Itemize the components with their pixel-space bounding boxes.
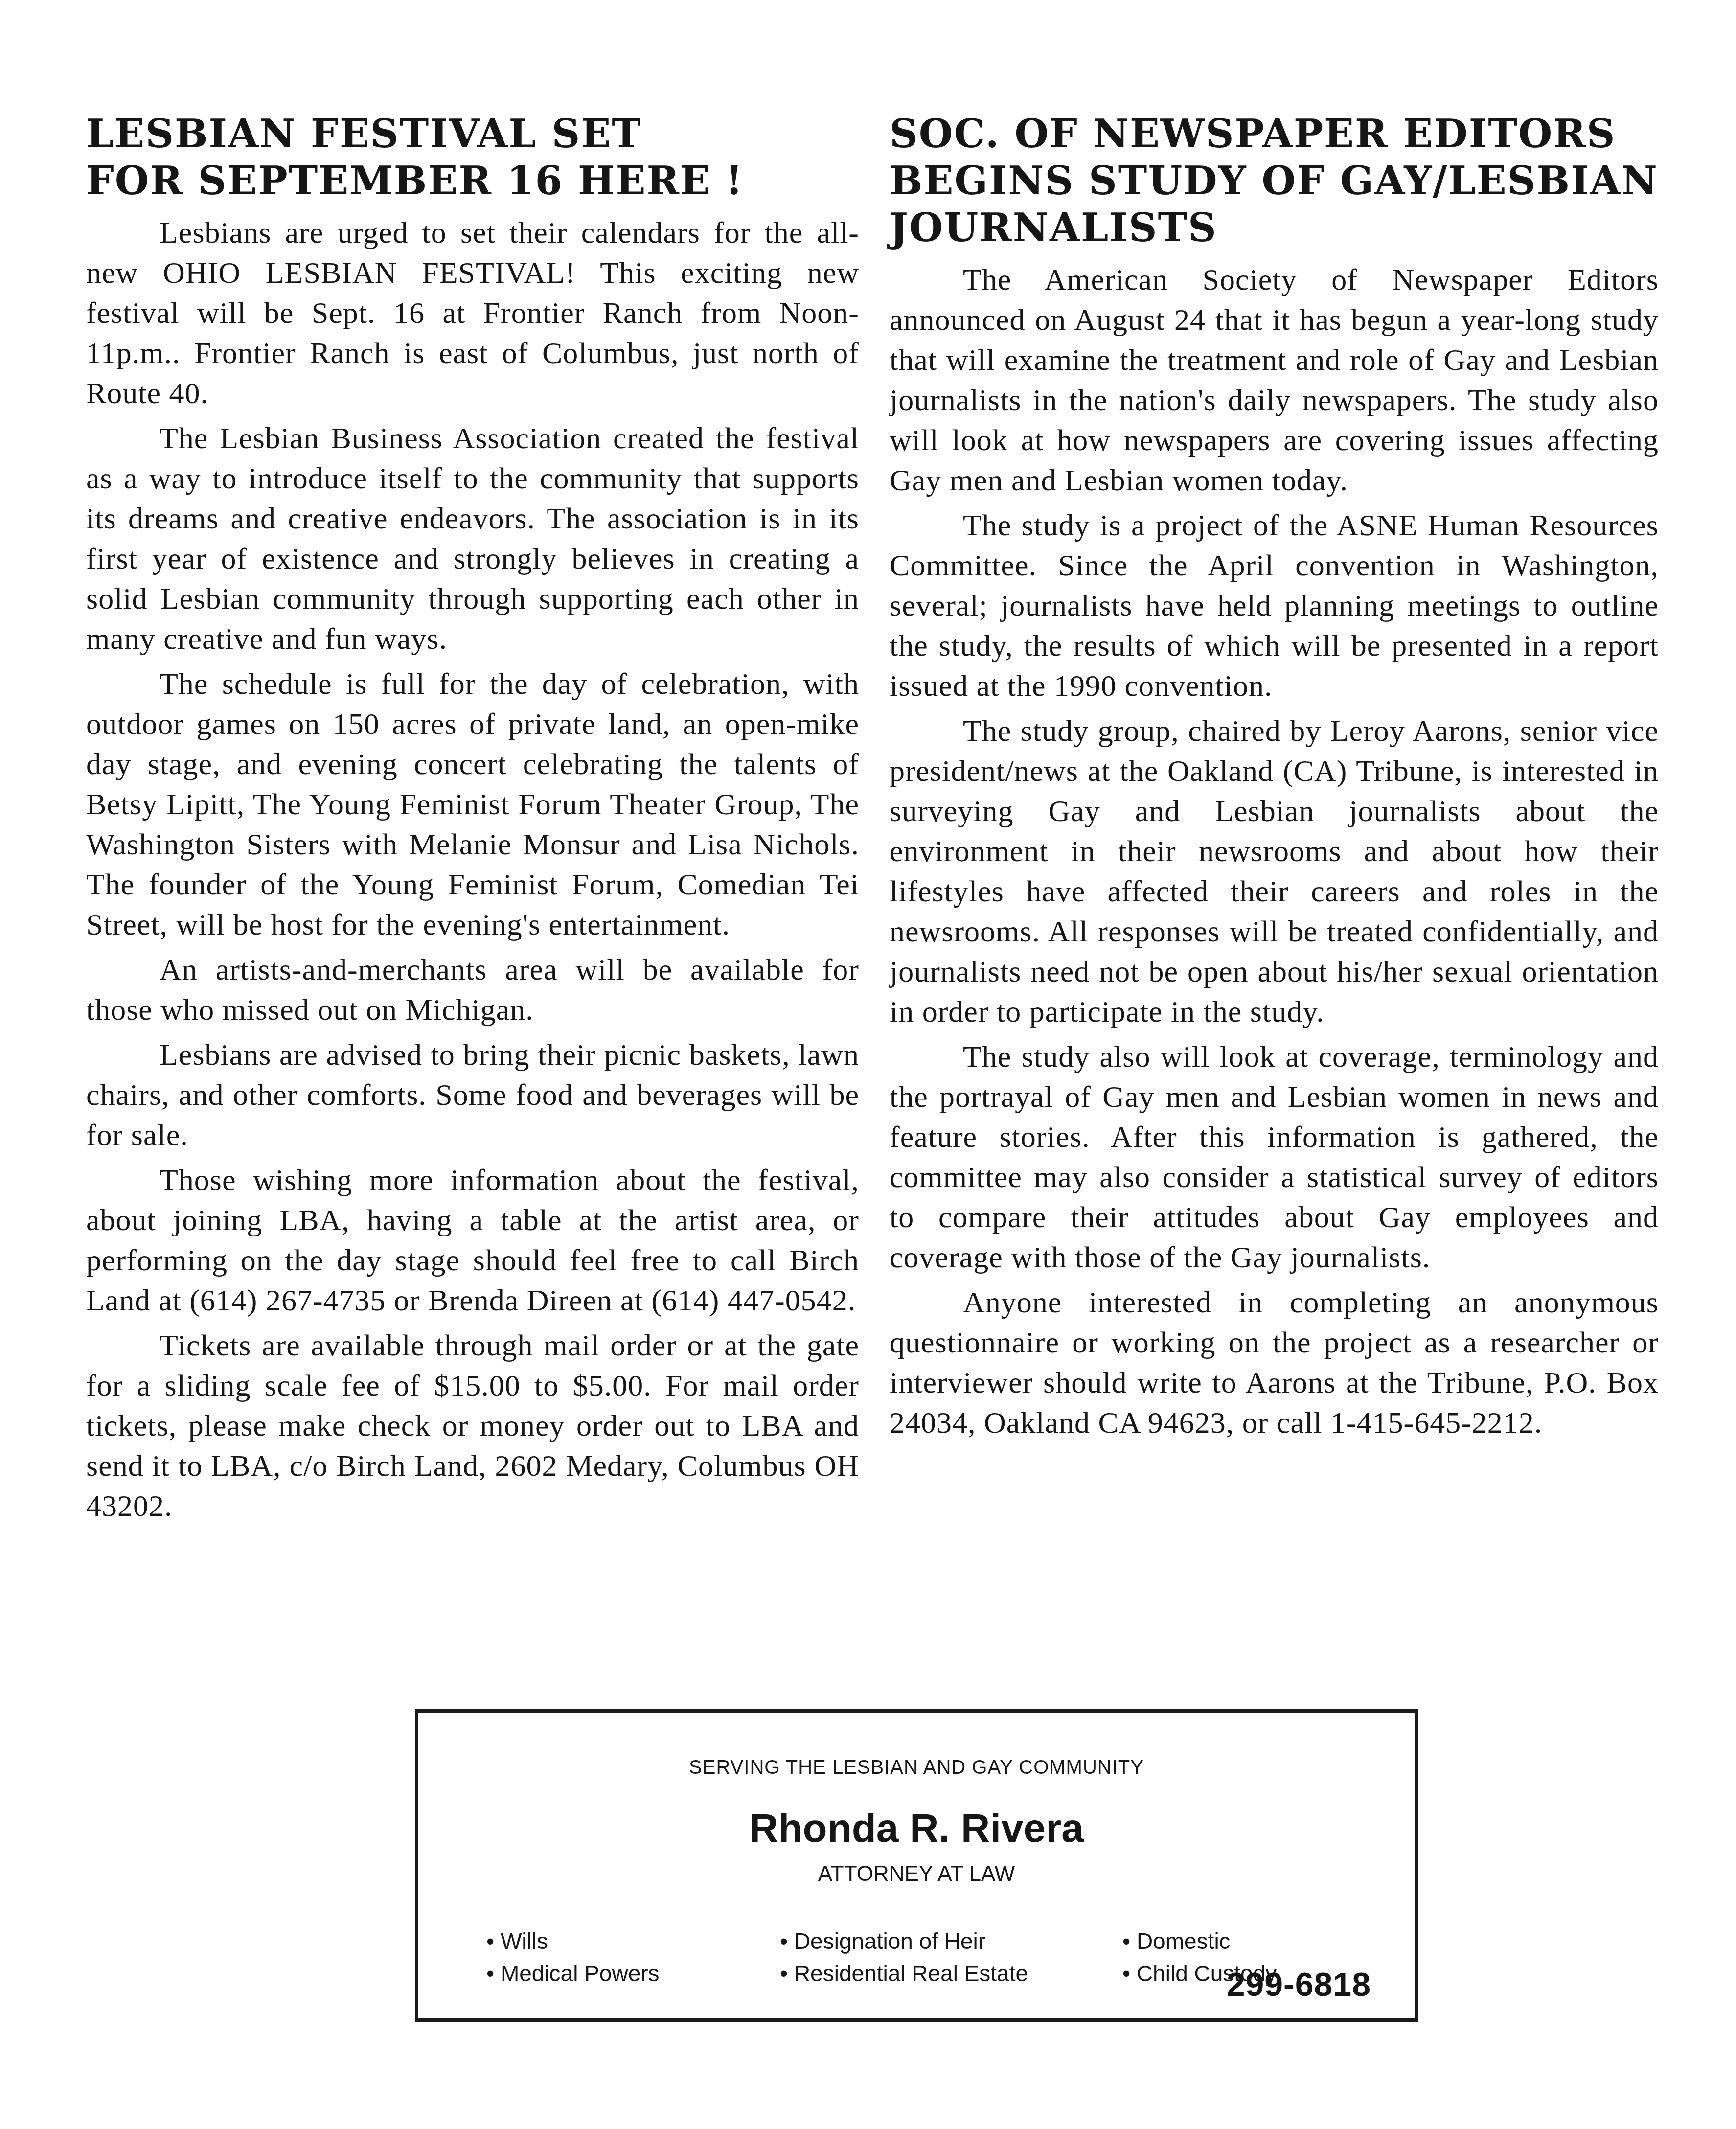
paragraph: An artists-and-merchants area will be av…	[86, 950, 859, 1030]
paragraph: Lesbians are advised to bring their picn…	[86, 1035, 859, 1155]
paragraph: The schedule is full for the day of cele…	[86, 664, 859, 945]
ad-service-item: Medical Powers	[486, 1960, 780, 1987]
paragraph: The study group, chaired by Leroy Aarons…	[890, 711, 1659, 1032]
headline-line: FOR SEPTEMBER 16 HERE !	[86, 158, 744, 204]
article-body: The American Society of Newspaper Editor…	[890, 260, 1659, 1443]
paragraph: The study is a project of the ASNE Human…	[890, 505, 1659, 706]
headline-line: SOC. OF NEWSPAPER EDITORS	[890, 111, 1616, 157]
article-lesbian-festival: LESBIAN FESTIVAL SET FOR SEPTEMBER 16 HE…	[86, 110, 859, 1531]
paragraph: Anyone interested in completing an anony…	[890, 1282, 1659, 1443]
paragraph: Those wishing more information about the…	[86, 1160, 859, 1321]
headline-line: JOURNALISTS	[890, 205, 1217, 251]
paragraph: Tickets are available through mail order…	[86, 1326, 859, 1526]
ad-attorney-title: ATTORNEY AT LAW	[418, 1862, 1415, 1886]
ad-service-item: Residential Real Estate	[780, 1960, 1122, 1987]
attorney-advertisement: SERVING THE LESBIAN AND GAY COMMUNITY Rh…	[415, 1709, 1418, 2022]
article-newspaper-editors-study: SOC. OF NEWSPAPER EDITORS BEGINS STUDY O…	[890, 110, 1659, 1448]
article-body: Lesbians are urged to set their calendar…	[86, 213, 859, 1526]
ad-service-item: Domestic	[1122, 1928, 1367, 1954]
headline-line: BEGINS STUDY OF GAY/LESBIAN	[890, 158, 1658, 204]
paragraph: The study also will look at coverage, te…	[890, 1037, 1659, 1278]
ad-tagline: SERVING THE LESBIAN AND GAY COMMUNITY	[418, 1757, 1415, 1779]
ad-attorney-name: Rhonda R. Rivera	[418, 1806, 1415, 1852]
paragraph: The Lesbian Business Association created…	[86, 418, 859, 659]
paragraph: The American Society of Newspaper Editor…	[890, 260, 1659, 501]
headline-line: LESBIAN FESTIVAL SET	[86, 111, 642, 157]
paragraph: Lesbians are urged to set their calendar…	[86, 213, 859, 413]
ad-phone-number: 299-6818	[1227, 1966, 1371, 2004]
ad-service-item: Designation of Heir	[780, 1928, 1122, 1954]
article-headline: SOC. OF NEWSPAPER EDITORS BEGINS STUDY O…	[890, 110, 1659, 251]
article-headline: LESBIAN FESTIVAL SET FOR SEPTEMBER 16 HE…	[86, 110, 859, 204]
ad-service-item: Wills	[486, 1928, 780, 1954]
